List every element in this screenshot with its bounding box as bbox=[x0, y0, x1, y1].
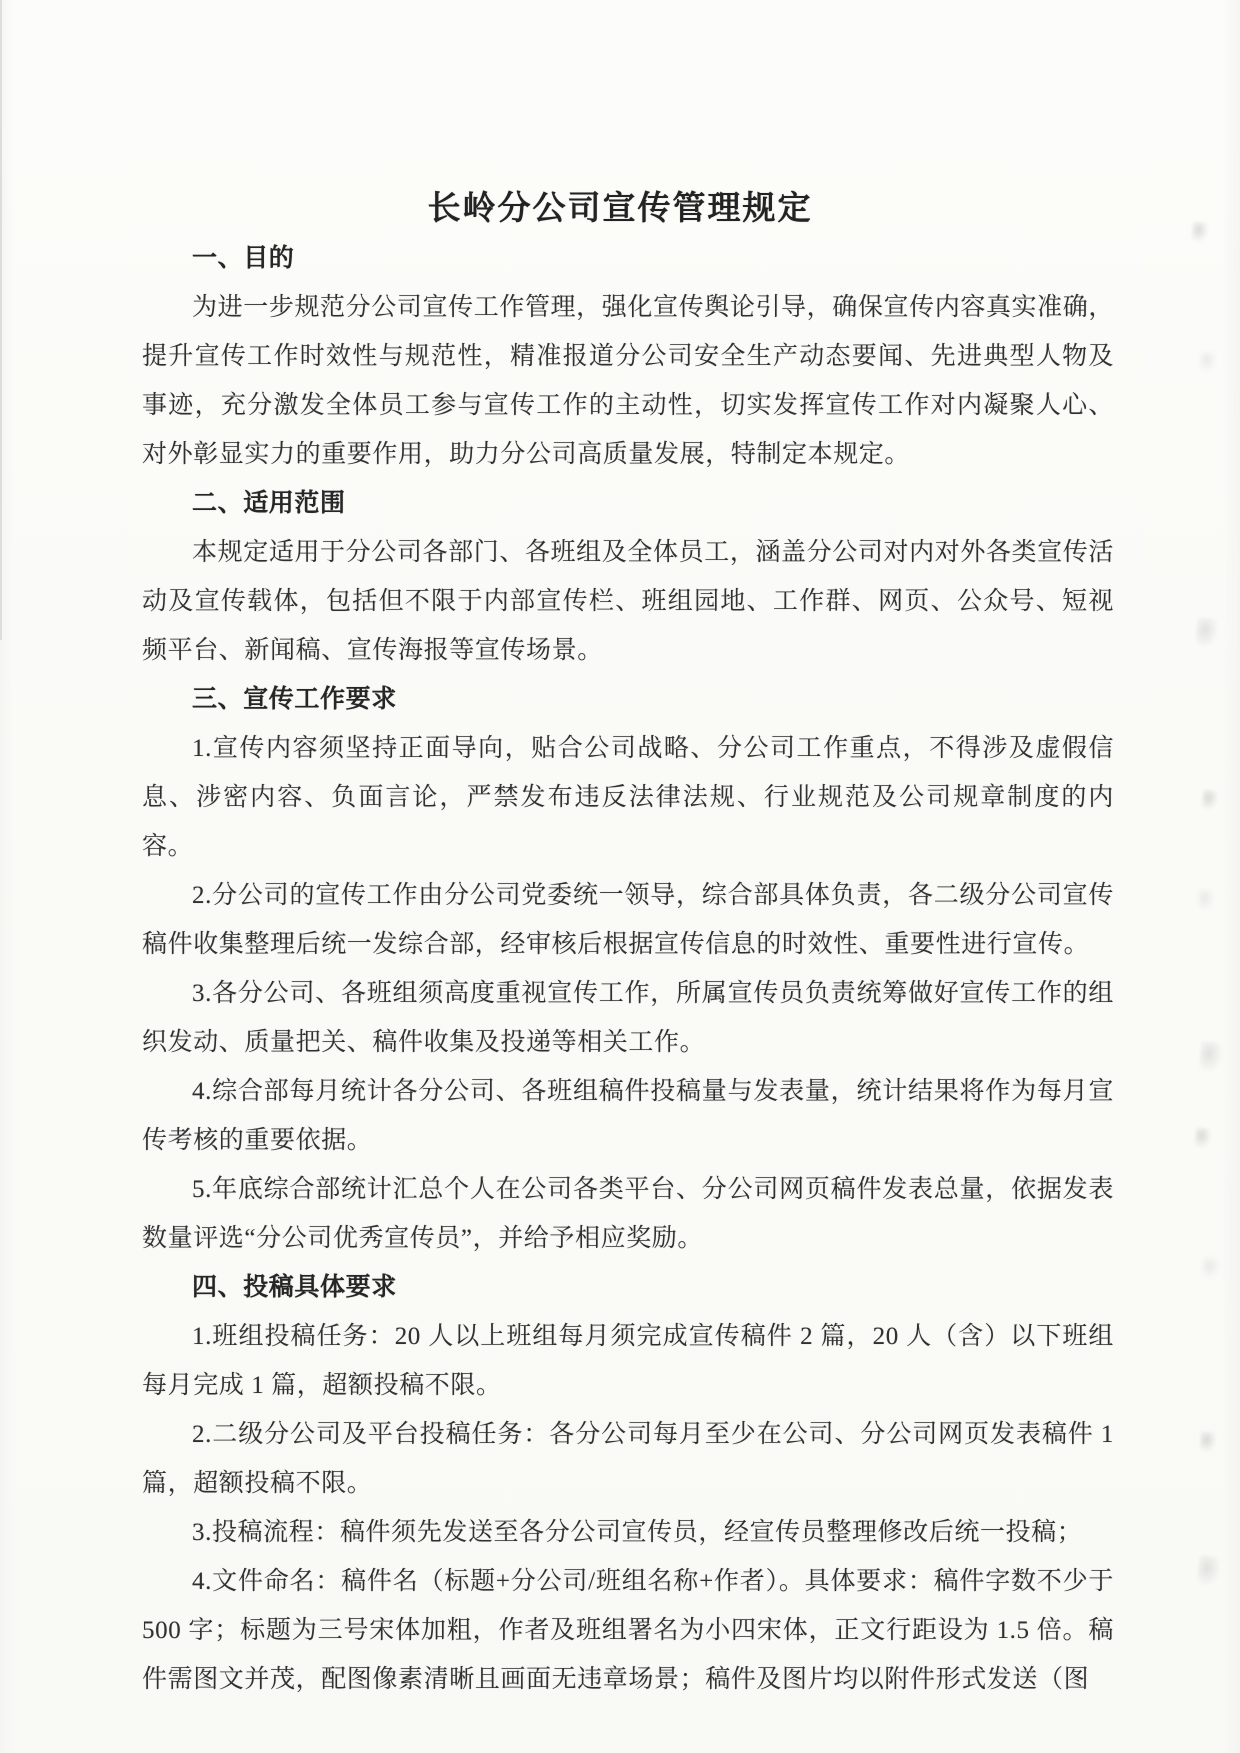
scan-artifact bbox=[1198, 1041, 1223, 1073]
scan-artifact bbox=[1196, 1555, 1221, 1587]
document-title: 长岭分公司宣传管理规定 bbox=[0, 0, 1240, 232]
scan-edge-line bbox=[0, 0, 2, 640]
document-body: 一、目的为进一步规范分公司宣传工作管理，强化宣传舆论引导，确保宣传内容真实准确，… bbox=[142, 234, 1114, 1704]
scan-artifact bbox=[1194, 1127, 1212, 1149]
scan-artifact bbox=[1202, 1257, 1220, 1279]
section-heading: 三、宣传工作要求 bbox=[142, 675, 1114, 724]
paragraph: 4.文件命名：稿件名（标题+分公司/班组名称+作者）。具体要求：稿件字数不少于 … bbox=[142, 1557, 1114, 1704]
paragraph: 2.二级分公司及平台投稿任务：各分公司每月至少在公司、分公司网页发表稿件 1 篇… bbox=[142, 1410, 1114, 1508]
scan-artifact bbox=[1194, 617, 1219, 649]
section-heading: 四、投稿具体要求 bbox=[142, 1263, 1114, 1312]
section-heading: 二、适用范围 bbox=[142, 479, 1114, 528]
paragraph: 1.班组投稿任务：20 人以上班组每月须完成宣传稿件 2 篇，20 人（含）以下… bbox=[142, 1312, 1114, 1410]
paragraph: 5.年底综合部统计汇总个人在公司各类平台、分公司网页稿件发表总量，依据发表数量评… bbox=[142, 1165, 1114, 1263]
paragraph: 3.各分公司、各班组须高度重视宣传工作，所属宣传员负责统筹做好宣传工作的组织发动… bbox=[142, 969, 1114, 1067]
scan-artifact bbox=[1201, 789, 1219, 811]
scanned-document-page: 长岭分公司宣传管理规定 一、目的为进一步规范分公司宣传工作管理，强化宣传舆论引导… bbox=[0, 0, 1240, 1753]
scan-artifact bbox=[1199, 1431, 1217, 1453]
scan-artifact bbox=[1197, 889, 1215, 911]
paragraph: 为进一步规范分公司宣传工作管理，强化宣传舆论引导，确保宣传内容真实准确，提升宣传… bbox=[142, 283, 1114, 479]
scan-artifact bbox=[1191, 221, 1209, 243]
scan-artifact bbox=[1199, 351, 1217, 373]
paragraph: 4.综合部每月统计各分公司、各班组稿件投稿量与发表量，统计结果将作为每月宣传考核… bbox=[142, 1067, 1114, 1165]
paragraph: 2.分公司的宣传工作由分公司党委统一领导，综合部具体负责，各二级分公司宣传稿件收… bbox=[142, 871, 1114, 969]
section-heading: 一、目的 bbox=[142, 234, 1114, 283]
paragraph: 3.投稿流程：稿件须先发送至各分公司宣传员，经宣传员整理修改后统一投稿； bbox=[142, 1508, 1114, 1557]
paragraph: 本规定适用于分公司各部门、各班组及全体员工，涵盖分公司对内对外各类宣传活动及宣传… bbox=[142, 528, 1114, 675]
paragraph: 1.宣传内容须坚持正面导向，贴合公司战略、分公司工作重点，不得涉及虚假信息、涉密… bbox=[142, 724, 1114, 871]
